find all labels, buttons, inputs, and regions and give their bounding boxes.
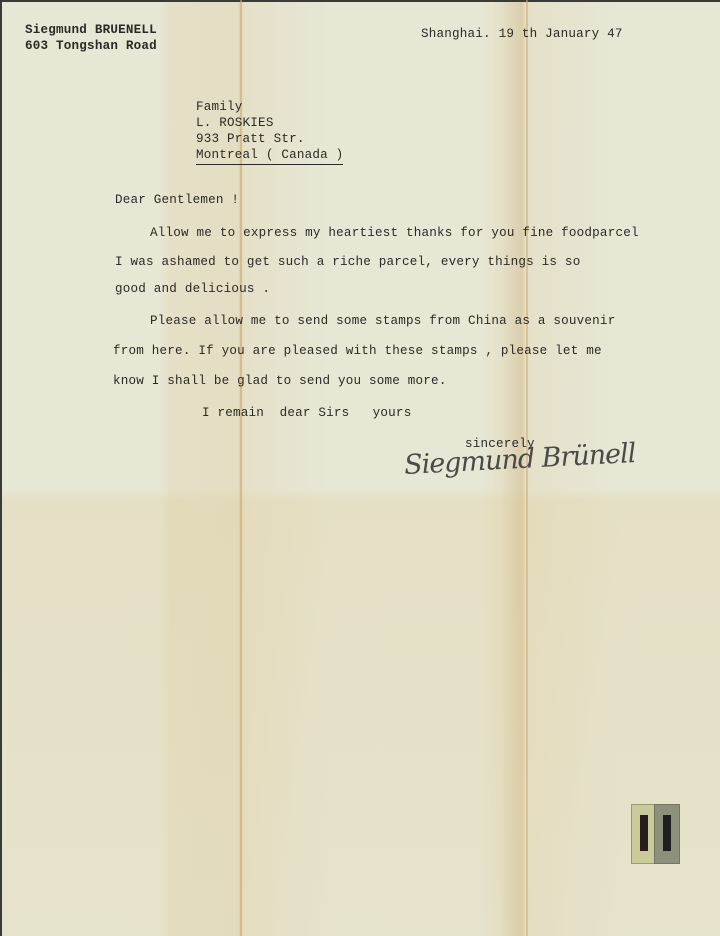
body-p2-line-2: from here. If you are pleased with these… <box>113 345 602 358</box>
binder-clip-right-icon <box>654 804 680 864</box>
body-p1-line-1: Allow me to express my heartiest thanks … <box>150 227 639 240</box>
recipient-line-4: Montreal ( Canada ) <box>196 149 343 165</box>
scan-left-edge <box>0 0 2 936</box>
body-p2-line-3: know I shall be glad to send you some mo… <box>113 375 447 388</box>
scan-top-edge <box>0 0 720 2</box>
body-p1-line-2: I was ashamed to get such a riche parcel… <box>115 256 580 269</box>
handwritten-signature: Siegmund Brünell <box>403 438 636 481</box>
closing-line: I remain dear Sirs yours <box>202 407 411 420</box>
recipient-line-1: Family <box>196 101 243 114</box>
recipient-line-2: L. ROSKIES <box>196 117 274 130</box>
body-p2-line-1: Please allow me to send some stamps from… <box>150 315 615 328</box>
salutation: Dear Gentlemen ! <box>115 194 239 207</box>
dateline: Shanghai. 19 th January 47 <box>421 28 623 41</box>
sender-name: Siegmund BRUENELL <box>25 24 157 37</box>
letter-page: Siegmund BRUENELL 603 Tongshan Road Shan… <box>0 0 720 936</box>
body-p1-line-3: good and delicious . <box>115 283 270 296</box>
recipient-line-3: 933 Pratt Str. <box>196 133 305 146</box>
sender-address: 603 Tongshan Road <box>25 40 157 53</box>
